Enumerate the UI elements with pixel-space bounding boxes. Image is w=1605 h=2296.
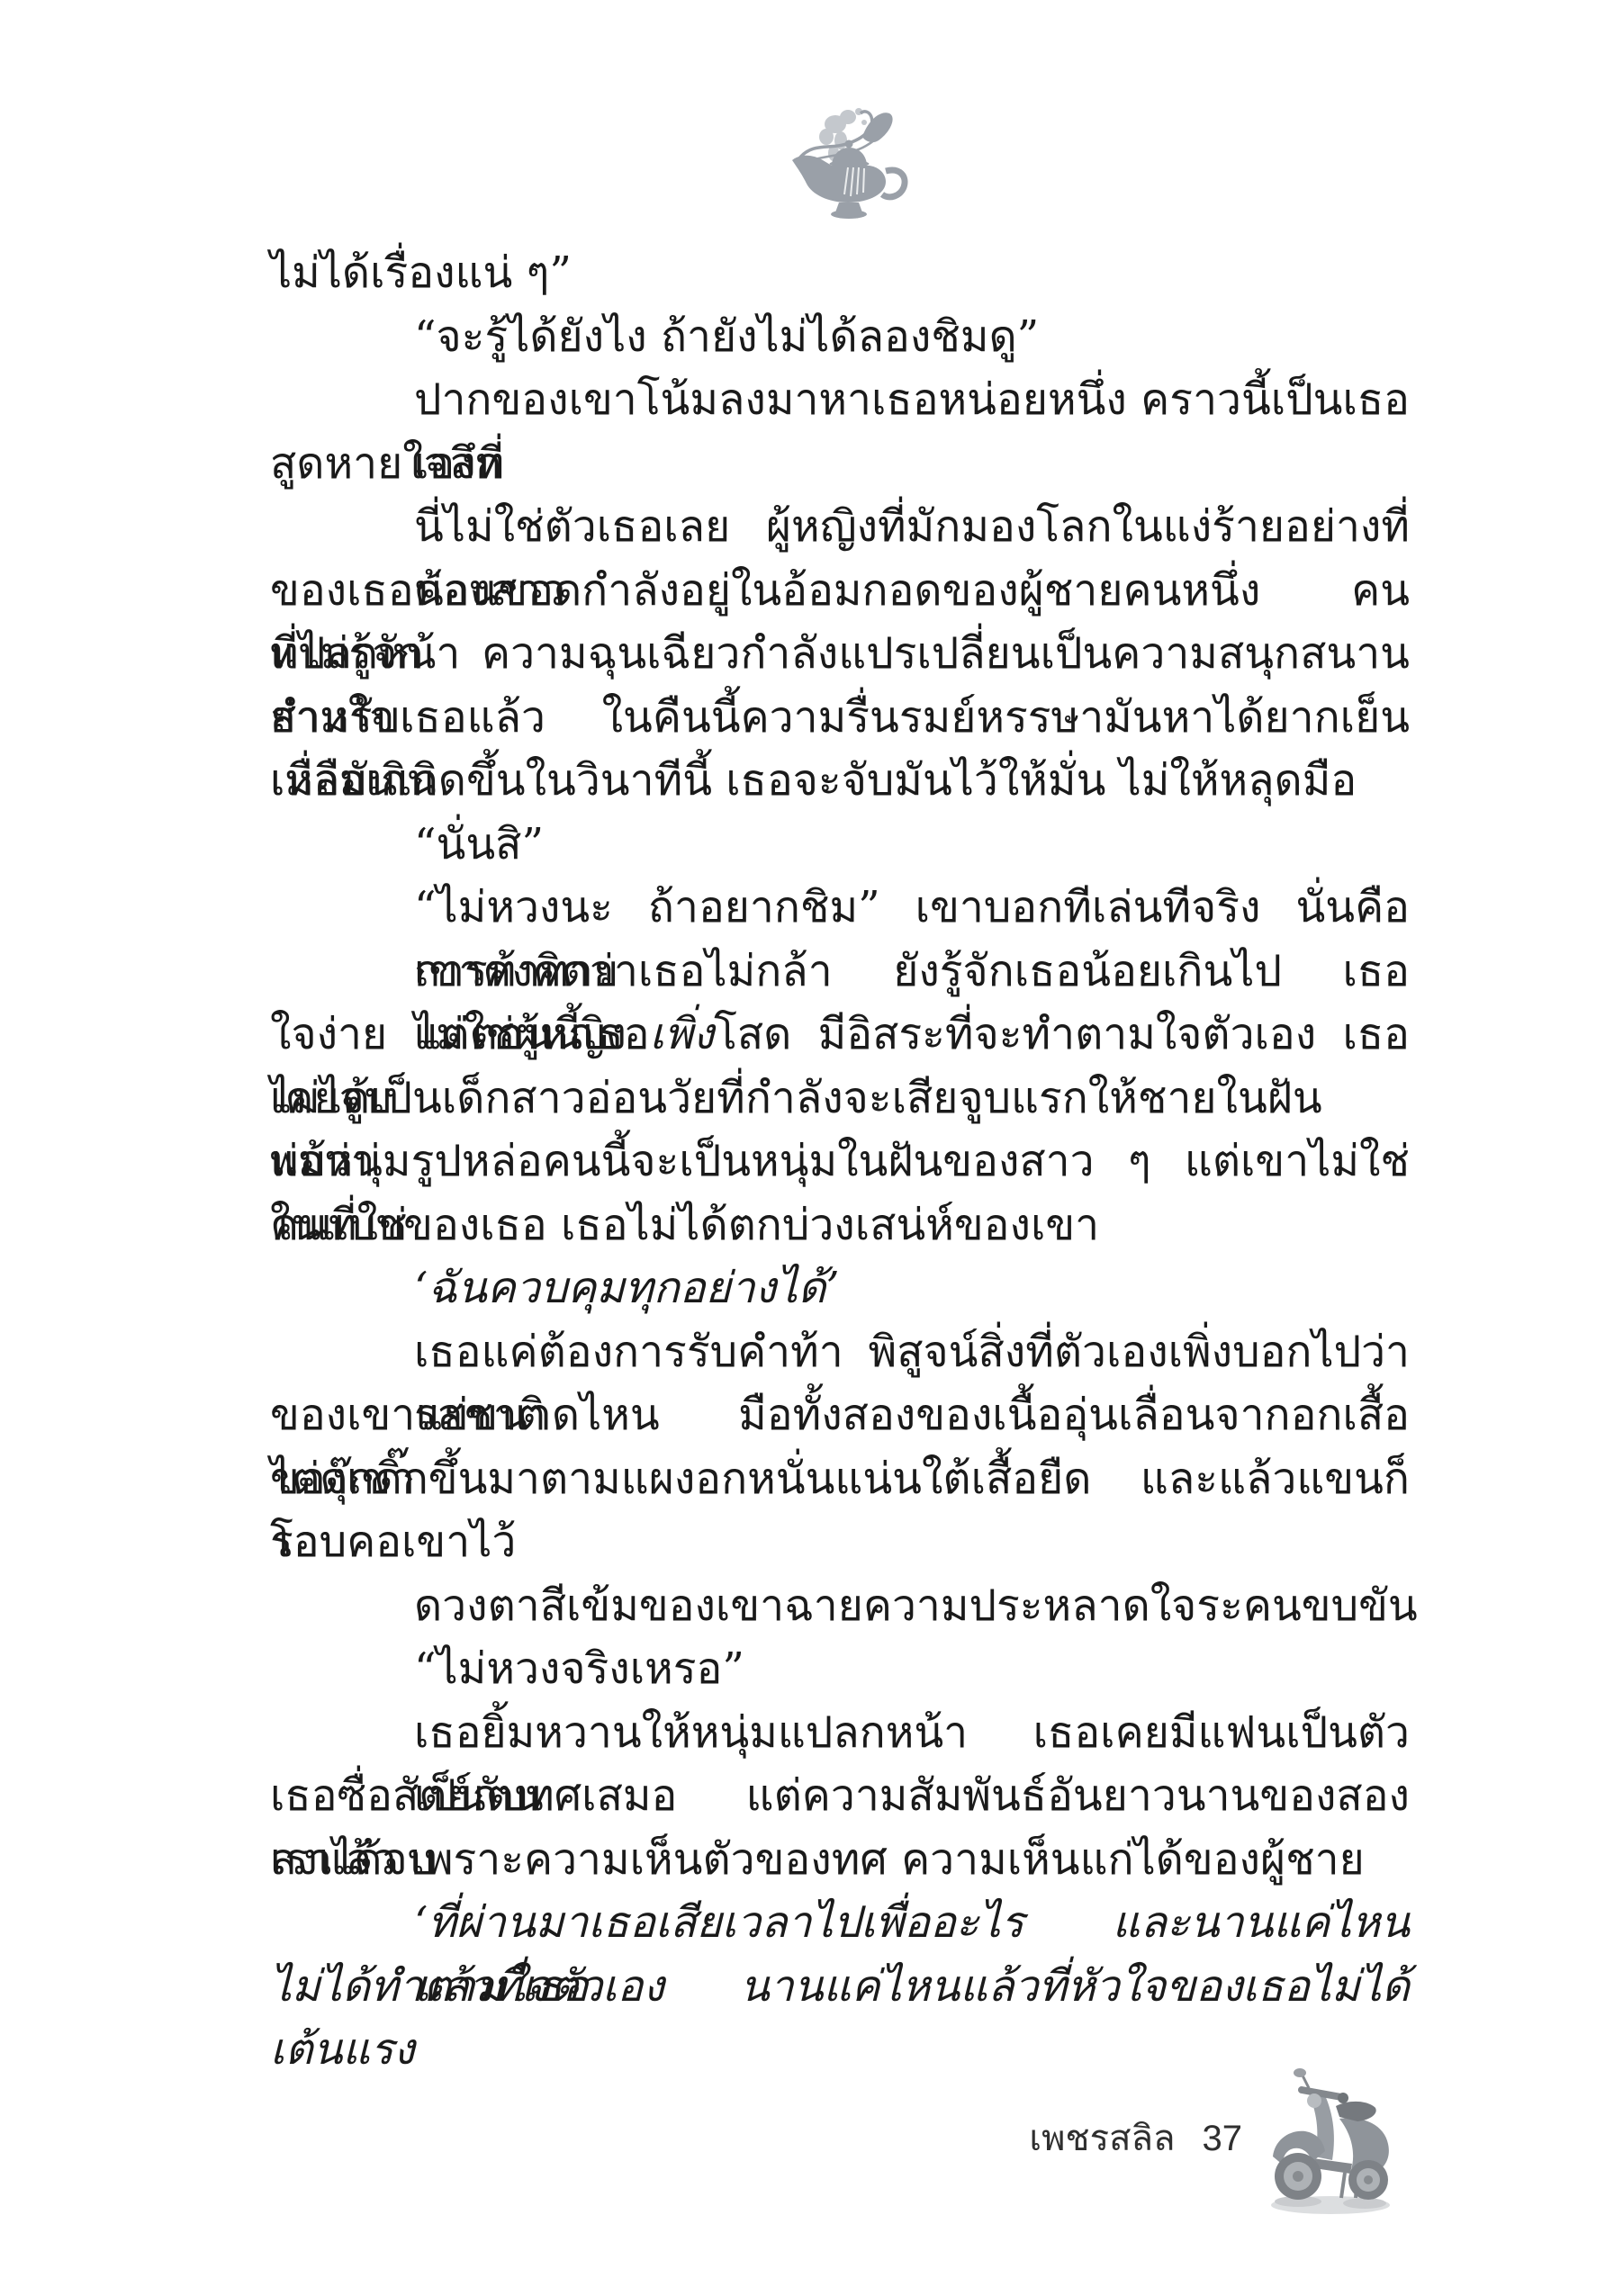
text-line: ที่ไม่รู้จัก ความฉุนเฉียวกำลังแปรเปลี่ยน… <box>270 622 1410 686</box>
text-line: ในแบบของเธอ เธอไม่ได้ตกบ่วงเสน่ห์ของเขา <box>270 1193 1410 1257</box>
text-line: ไต่ดุ๊กดิ๊กขึ้นมาตามแผงอกหนั่นแน่นใต้เสื… <box>270 1447 1410 1511</box>
text-line: นี่ไม่ใช่ตัวเธอเลย ผู้หญิงที่มักมองโลกใน… <box>270 495 1410 559</box>
text-line: “นั่นสิ” <box>270 813 1410 877</box>
text-line: “ไม่หวงนะ ถ้าอยากชิม” เขาบอกทีเล่นทีจริง… <box>270 876 1410 940</box>
text-line: ใจง่าย แต่ตอนนี้เธอเพิ่งโสด มีอิสระที่จะ… <box>270 1003 1410 1067</box>
text-line: ปากของเขาโน้มลงมาหาเธอหน่อยหนึ่ง คราวนี้… <box>270 368 1410 432</box>
text-line: “ไม่หวงจริงเหรอ” <box>270 1637 1410 1701</box>
page-text: ไม่ได้เรื่องแน่ ๆ” “จะรู้ได้ยังไง ถ้ายัง… <box>270 241 1410 2018</box>
scooter-image <box>1262 2068 1399 2219</box>
text-line-italic-quote: ไม่ได้ทำตามใจตัวเอง นานแค่ไหนแล้วที่หัวใ… <box>270 1955 1410 2019</box>
text-line: เมื่อมันเกิดขึ้นในวินาทีนี้ เธอจะจับมันไ… <box>270 749 1410 813</box>
text-line: สำหรับเธอแล้ว ในคืนนี้ความรื่นรมย์หรรษาม… <box>270 686 1410 750</box>
text-line: สูดหายใจลึก <box>270 432 1410 496</box>
text-line: ลงแล้ว เพราะความเห็นตัวของทศ ความเห็นแก่… <box>270 1828 1410 1892</box>
text-line: เธอซื่อสัตย์กับทศเสมอ แต่ความสัมพันธ์อัน… <box>270 1764 1410 1828</box>
text-line: เขาคงคิดว่าเธอไม่กล้า ยังรู้จักเธอน้อยเก… <box>270 940 1410 1004</box>
book-title: เพชรสลิล <box>1029 2119 1175 2158</box>
text-line-italic-quote: ‘ฉันควบคุมทุกอย่างได้’ <box>270 1256 1410 1320</box>
text-line: ของเขาแย่ขนาดไหน มือทั้งสองของเนื้ออุ่นเ… <box>270 1383 1410 1447</box>
book-page: { "header": { "ornament_icon": "genie-te… <box>0 0 1605 2296</box>
text-line-italic-quote: ‘ที่ผ่านมาเธอเสียเวลาไปเพื่ออะไร และนานแ… <box>270 1891 1410 1955</box>
text-line: รอบคอเขาไว้ <box>270 1510 1410 1574</box>
italic-word: เพิ่ง <box>650 1009 714 1059</box>
text-line: ของเธอค่อนขอดกำลังอยู่ในอ้อมกอดของผู้ชาย… <box>270 559 1410 623</box>
text-line: เธอยิ้มหวานให้หนุ่มแปลกหน้า เธอเคยมีแฟนเ… <box>270 1701 1410 1765</box>
text-line: เธอแค่ต้องการรับคำท้า พิสูจน์สิ่งที่ตัวเ… <box>270 1320 1410 1384</box>
page-number: 37 <box>1203 2117 1243 2160</box>
text-line: ไม่ได้เรื่องแน่ ๆ” <box>270 241 1410 305</box>
text-line: ดวงตาสีเข้มของเขาฉายความประหลาดใจระคนขบข… <box>270 1574 1410 1638</box>
teapot-lamp-ornament-icon <box>789 101 911 223</box>
text-segment: ใจง่าย แต่ตอนนี้เธอ <box>270 1009 650 1059</box>
text-line: พ่อหนุ่มรูปหล่อคนนี้จะเป็นหนุ่มในฝันของส… <box>270 1130 1410 1193</box>
text-line: “จะรู้ได้ยังไง ถ้ายังไม่ได้ลองชิมดู” <box>270 305 1410 369</box>
page-footer: เพชรสลิล37 <box>900 2117 1242 2160</box>
text-line: ไม่ได้เป็นเด็กสาวอ่อนวัยที่กำลังจะเสียจู… <box>270 1067 1410 1130</box>
